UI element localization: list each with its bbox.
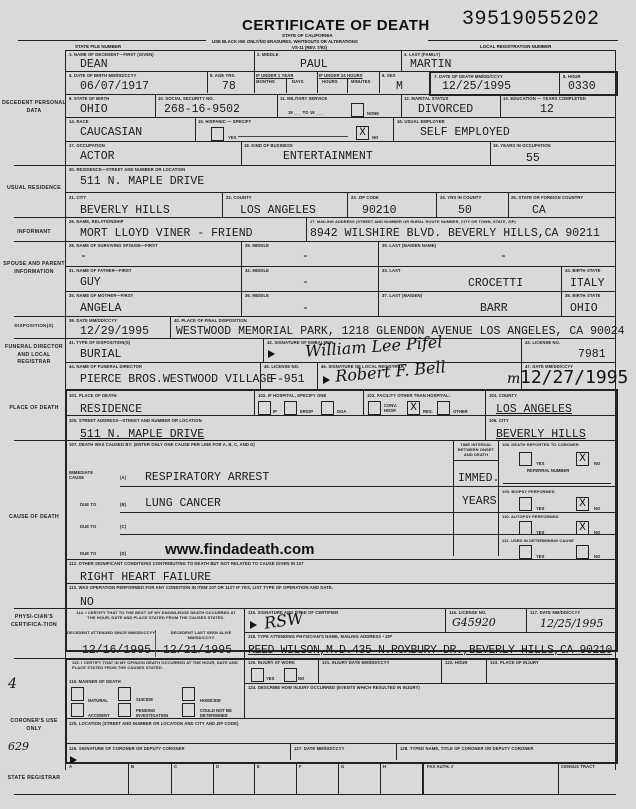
label-other: OTHER: [453, 409, 468, 414]
physician-name-address: REED WILSON,M.D.435 N.ROXBURY DR.,BEVERL…: [248, 644, 612, 657]
label-death-county: 104. COUNTY: [489, 393, 517, 398]
label-hospital-type: 102. IF HOSPITAL, SPECIFY ONE: [258, 393, 326, 398]
label-manner-of-death: 119. MANNER OF DEATH: [69, 679, 121, 684]
mother-middle: -: [302, 302, 309, 315]
label-undetermined: COULD NOT BE DETERMINED: [200, 708, 245, 718]
divider: [347, 192, 348, 217]
label-facility: 103. FACILITY OTHER THAN HOSPITAL:: [367, 393, 450, 398]
hospital-er-checkbox[interactable]: [284, 401, 297, 415]
label-immediate-cause: IMMEDIATE CAUSE: [69, 470, 99, 480]
residence-zip: 90210: [362, 204, 397, 217]
divider: [65, 743, 616, 744]
divider: [222, 192, 223, 217]
label-zip: 23. ZIP CODE: [351, 195, 379, 200]
mother-last: BARR: [480, 302, 508, 315]
registrar-col-g: G: [341, 764, 344, 769]
label-disposition-type: 41. TYPE OF DISPOSITION(S): [69, 340, 130, 345]
label-census-tract: CENSUS TRACT: [561, 764, 595, 769]
hour-of-death: 0330: [568, 80, 596, 93]
certificate-subtitle: STATE OF CALIFORNIA: [282, 33, 333, 38]
divider: [65, 117, 616, 118]
section-cause-of-death: CAUSE OF DEATH: [2, 514, 66, 522]
label-conv: CONV. HOSP.: [384, 403, 404, 413]
label-mailing-address: 27. MAILING ADDRESS (STREET AND NUMBER O…: [310, 219, 516, 224]
divider: [244, 683, 616, 684]
divider: [317, 71, 318, 93]
mother-birth-state: OHIO: [570, 302, 598, 315]
label-attended-since: DECEDENT ATTENDED SINCE MM/DD/CCYY: [66, 630, 156, 635]
coroner-no-checkbox[interactable]: X: [576, 452, 589, 466]
decedent-first-name: DEAN: [80, 58, 108, 71]
label-minutes: MINUTES: [351, 79, 371, 84]
embalmer-license: 7981: [578, 348, 606, 361]
facility-res-checkbox[interactable]: X: [407, 401, 420, 415]
interval-a: IMMED.: [458, 472, 499, 485]
divider: [18, 40, 206, 41]
divider: [286, 78, 287, 93]
manner-accident-checkbox[interactable]: [71, 703, 84, 717]
divider: [213, 762, 214, 794]
divider: [498, 440, 499, 556]
divider: [508, 192, 509, 217]
divider: [296, 762, 297, 794]
label-spouse-middle: 29. MIDDLE: [245, 243, 269, 248]
disposition-date: 12/29/1995: [80, 325, 149, 338]
label-due-to-b: DUE TO: [80, 502, 96, 507]
label-injury-description: 124. DESCRIBE HOW INJURY OCCURRED (EVENT…: [248, 685, 420, 690]
label-referral-number: REFERRAL NUMBER: [527, 468, 569, 473]
autopsy-yes-checkbox[interactable]: [519, 521, 532, 535]
label-funeral-director: 44. NAME OF FUNERAL DIRECTOR: [69, 364, 142, 369]
label-death-city: 106. CITY: [489, 418, 509, 423]
label-used-in-determining: 111. USED IN DETERMINING CAUSE: [502, 538, 574, 543]
label-city: 21. CITY: [69, 195, 86, 200]
cause-a: RESPIRATORY ARREST: [145, 471, 269, 484]
label-pending: PENDING INVESTIGATION: [136, 708, 181, 718]
label-death-street: 105. STREET ADDRESS—STREET AND NUMBER OR…: [69, 418, 202, 423]
divider: [453, 534, 615, 535]
section-state-registrar: STATE REGISTRAR: [2, 775, 66, 783]
divider: [436, 192, 437, 217]
divider: [490, 141, 491, 165]
label-years-in-occupation: 19. YEARS IN OCCUPATION: [493, 143, 551, 148]
label-yes: YES: [266, 676, 274, 681]
label-no: NO: [594, 530, 600, 535]
divider: [428, 40, 618, 41]
label-injury-location: 125. LOCATION (STREET AND NUMBER OR LOCA…: [69, 721, 238, 726]
registrar-col-d: D: [216, 764, 219, 769]
facility-other-checkbox[interactable]: [437, 401, 450, 415]
disposition-type: BURIAL: [80, 348, 121, 361]
label-race: 14. RACE: [69, 119, 89, 124]
date-of-death: 12/25/1995: [442, 80, 511, 93]
label-father-middle: 32. MIDDLE: [245, 268, 269, 273]
manner-suicide-checkbox[interactable]: [118, 687, 131, 701]
interval-b: YEARS: [462, 495, 497, 508]
label-fax-auth: FAX AUTH. #: [427, 764, 454, 769]
label-father-first: 31. NAME OF FATHER—FIRST: [69, 268, 132, 273]
state-of-birth: OHIO: [80, 103, 108, 116]
funeral-director: PIERCE BROS.WESTWOOD VILLAGE: [80, 373, 273, 386]
cause-letter-d: (D): [120, 551, 126, 556]
label-time-interval: TIME INTERVAL BETWEEN ONSET AND DEATH: [455, 442, 497, 457]
biopsy-yes-checkbox[interactable]: [519, 497, 532, 511]
label-yes: YES: [536, 461, 544, 466]
informant-name: MORT LLOYD VINER - FRIEND: [80, 227, 253, 240]
local-registration-number: 39519055202: [462, 8, 600, 31]
label-no: NO: [298, 676, 304, 681]
certify-date: 12/25/1995: [540, 617, 603, 630]
label-state: 25. STATE OR FOREIGN COUNTRY: [511, 195, 583, 200]
label-mother-middle: 36. MIDDLE: [245, 293, 269, 298]
divider: [254, 390, 255, 415]
label-father-last: 33. LAST: [382, 268, 401, 273]
label-no: NO: [594, 461, 600, 466]
section-place-of-death: PLACE OF DEATH: [2, 405, 66, 413]
certificate-instructions: USE BLACK INK ONLY/NO ERASURES, WHITEOUT…: [212, 39, 358, 44]
divider: [65, 559, 616, 560]
military-none-checkbox[interactable]: [351, 103, 364, 117]
divider: [401, 50, 402, 71]
label-yes: YES: [536, 530, 544, 535]
label-years-in-county: 24. YRS IN COUNTY: [440, 195, 481, 200]
hispanic-no-checkbox[interactable]: X: [356, 126, 369, 140]
label-informant-name: 26. NAME, RELATIONSHIP: [69, 219, 124, 224]
manner-undetermined-checkbox[interactable]: [182, 703, 195, 717]
age-years: 78: [222, 80, 236, 93]
divider: [14, 217, 616, 218]
label-state-of-birth: 9. STATE OF BIRTH: [69, 96, 109, 101]
label-under-1-year: IF UNDER 1 YEAR: [256, 73, 294, 78]
autopsy-no-checkbox[interactable]: X: [576, 521, 589, 535]
label-age: 5. AGE YRS.: [210, 73, 236, 78]
label-injury-date: 121. INJURY DATE MM/DD/CCYY: [322, 660, 390, 665]
label-reported-coroner: 108. DEATH REPORTED TO CORONER: [502, 442, 579, 447]
attended-since: 12/16/1995: [82, 644, 151, 657]
label-autopsy: 110. AUTOPSY PERFORMED: [502, 514, 559, 519]
label-caused-by: 107. DEATH WAS CAUSED BY: (ENTER ONLY ON…: [69, 442, 255, 447]
section-spouse-parent: SPOUSE AND PARENT INFORMATION: [2, 261, 66, 276]
father-first: GUY: [80, 276, 101, 289]
divider: [306, 217, 307, 241]
spouse-first: -: [80, 250, 87, 263]
label-ssn: 10. SOCIAL SECURITY NO.: [158, 96, 214, 101]
residence-city: BEVERLY HILLS: [80, 204, 170, 217]
label-under-24-hours: IF UNDER 24 HOURS: [319, 73, 363, 78]
label-operation: 113. WAS OPERATION PERFORMED FOR ANY CON…: [69, 585, 333, 590]
divider: [65, 141, 616, 142]
label-marital-status: 12. MARITAL STATUS: [404, 96, 449, 101]
divider: [14, 794, 616, 795]
label-homicide: HOMICIDE: [200, 698, 221, 703]
section-funeral-director: FUNERAL DIRECTOR AND LOCAL REGISTRAR: [2, 344, 66, 367]
divider: [441, 658, 442, 683]
spouse-middle: -: [302, 250, 309, 263]
divider: [14, 241, 616, 242]
label-biopsy: 109. BIOPSY PERFORMED: [502, 489, 555, 494]
residence-state: CA: [532, 204, 546, 217]
label-physician-name-address: 118. TYPE ATTENDING PHYSICIAN'S NAME, MA…: [248, 634, 392, 639]
label-ip: IP: [273, 409, 277, 414]
label-coroner-date: 127. DATE MM/DD/CCYY: [294, 746, 345, 751]
divider: [170, 316, 171, 338]
label-mother-first: 35. NAME OF MOTHER—FIRST: [69, 293, 133, 298]
label-kind-of-business: 18. KIND OF BUSINESS: [244, 143, 293, 148]
label-doa: DOA: [337, 409, 346, 414]
registrar-col-b: B: [131, 764, 134, 769]
divider: [363, 390, 364, 415]
decedent-middle-name: PAUL: [300, 58, 328, 71]
divider: [317, 362, 318, 389]
label-middle-name: 2. MIDDLE: [257, 52, 279, 57]
decedent-last-name: MARTIN: [410, 58, 451, 71]
cause-letter-a: (A): [120, 475, 126, 480]
label-physician-certify: 114. I CERTIFY THAT TO THE BEST OF MY KN…: [72, 610, 240, 620]
divider: [521, 338, 522, 362]
divider: [65, 94, 616, 95]
mother-first: ANGELA: [80, 302, 121, 315]
label-disposition-date: 39. DATE MM/DD/CCYY: [69, 318, 117, 323]
divider: [65, 718, 616, 719]
divider: [378, 241, 379, 316]
section-coroner: CORONER'S USE ONLY: [2, 718, 66, 733]
local-registration-label: LOCAL REGISTRATION NUMBER: [480, 44, 551, 49]
divider: [65, 415, 616, 416]
divider: [65, 583, 616, 584]
divider: [422, 762, 424, 794]
label-father-birth-state: 34. BIRTH STATE: [565, 268, 601, 273]
divider: [65, 291, 616, 292]
label-funeral-license: 45. LICENSE NO.: [264, 364, 299, 369]
divider: [453, 460, 498, 461]
label-last-seen: DECEDENT LAST SEEN ALIVE MM/DD/CCYY: [157, 630, 245, 640]
divider: [171, 762, 172, 794]
education-years: 12: [540, 103, 554, 116]
cause-line: [120, 512, 453, 513]
divider: [396, 743, 397, 760]
arrow-icon: [323, 376, 330, 384]
divider: [277, 94, 278, 117]
divider: [14, 338, 616, 339]
spouse-last: -: [500, 250, 507, 263]
label-usual-employer: 16. USUAL EMPLOYER: [397, 119, 445, 124]
label-education: 13. EDUCATION — YEARS COMPLETED: [503, 96, 586, 101]
divider: [254, 50, 255, 71]
label-certifier-license: 116. LICENSE NO.: [449, 610, 486, 615]
label-er: ER/OP: [300, 409, 313, 414]
cause-line: [120, 486, 453, 487]
label-last-name: 3. LAST (FAMILY): [404, 52, 440, 57]
label-mother-last: 37. LAST (MAIDEN): [382, 293, 422, 298]
last-seen-alive: 12/21/1995: [163, 644, 232, 657]
hospital-doa-checkbox[interactable]: [321, 401, 334, 415]
registrar-col-a: A: [69, 764, 72, 769]
divider: [526, 608, 527, 632]
label-coroner-signature: 126. SIGNATURE OF CORONER OR DEPUTY CORO…: [69, 746, 185, 751]
divider: [244, 658, 245, 718]
father-middle: -: [302, 276, 309, 289]
section-disposition: DISPOSITION(S): [2, 322, 66, 330]
label-months: MONTHS: [256, 79, 275, 84]
divider: [290, 743, 291, 760]
label-injury-hour: 122. HOUR: [445, 660, 468, 665]
injury-work-yes-checkbox[interactable]: [251, 668, 264, 682]
divider: [254, 762, 255, 794]
label-spouse-last: 30. LAST (MAIDEN NAME): [382, 243, 436, 248]
label-other-conditions: 112. OTHER SIGNIFICANT CONDITIONS CONTRI…: [69, 561, 304, 566]
referral-line: [503, 483, 611, 484]
label-hispanic: 15. HISPANIC — SPECIFY: [198, 119, 251, 124]
facility-conv-checkbox[interactable]: [368, 401, 381, 415]
divider: [379, 71, 380, 93]
registrar-col-f: F: [299, 764, 302, 769]
divider: [453, 512, 615, 513]
label-military-service: 11. MILITARY SERVICE: [280, 96, 327, 101]
injury-work-no-checkbox[interactable]: [284, 668, 297, 682]
section-informant: INFORMANT: [2, 229, 66, 237]
label-coroner-certify: 119. I CERTIFY THAT IN MY OPINION DEATH …: [72, 660, 240, 670]
kind-of-business: ENTERTAINMENT: [283, 150, 373, 163]
state-file-label: STATE FILE NUMBER: [75, 44, 121, 49]
specify-line: [238, 136, 348, 137]
label-place-of-disposition: 40. PLACE OF FINAL DISPOSITION: [174, 318, 247, 323]
label-days: DAYS: [292, 79, 304, 84]
label-spouse-first: 28. NAME OF SURVIVING SPOUSE—FIRST: [69, 243, 158, 248]
divider: [241, 241, 242, 316]
label-natural: NATURAL: [88, 698, 108, 703]
divider: [244, 608, 245, 658]
divider: [244, 632, 616, 633]
divider: [155, 94, 156, 117]
label-certify-date: 117. DATE MM/DD/CCYY: [530, 610, 580, 615]
label-first-name: 1. NAME OF DECEDENT—FIRST (GIVEN): [69, 52, 154, 57]
manner-pending-checkbox[interactable]: [118, 703, 131, 717]
usual-employer: SELF EMPLOYED: [420, 126, 510, 139]
label-res: RES.: [423, 409, 433, 414]
military-service-range: 19 ___ TO 19 ___: [288, 110, 323, 115]
hospital-ip-checkbox[interactable]: [258, 401, 271, 415]
label-place-of-injury: 123. PLACE OF INJURY: [490, 660, 539, 665]
divider: [318, 658, 319, 683]
funeral-license: F-951: [270, 373, 305, 386]
label-due-to-d: DUE TO: [80, 551, 96, 556]
certifier-license: G45920: [452, 616, 496, 629]
label-place-of-death: 101. PLACE OF DEATH: [69, 393, 117, 398]
biopsy-no-checkbox[interactable]: X: [576, 497, 589, 511]
hispanic-yes-checkbox[interactable]: [211, 127, 224, 141]
label-hour: 8. HOUR: [563, 74, 581, 79]
divider: [401, 94, 402, 117]
label-hours: HOURS: [322, 79, 338, 84]
divider: [241, 141, 242, 165]
residence-county: LOS ANGELES: [240, 204, 316, 217]
certificate-title: CERTIFICATE OF DEATH: [242, 17, 430, 34]
years-in-county: 50: [458, 204, 472, 217]
divider: [65, 362, 616, 363]
registrar-col-e: E: [257, 764, 260, 769]
label-residence: 20. RESIDENCE—STREET AND NUMBER OR LOCAT…: [69, 167, 185, 172]
registrar-initial: m: [507, 371, 520, 387]
marital-status: DIVORCED: [418, 103, 473, 116]
arrow-icon: [250, 621, 257, 629]
coroner-yes-checkbox[interactable]: [519, 452, 532, 466]
label-date-of-death: 7. DATE OF DEATH MM/DD/CCYY: [434, 74, 503, 79]
manner-natural-checkbox[interactable]: [71, 687, 84, 701]
cause-line: [120, 534, 453, 535]
divider: [155, 630, 156, 657]
section-decedent-personal-data: DECEDENT PERSONAL DATA: [2, 100, 66, 115]
divider: [380, 762, 381, 794]
divider: [347, 78, 348, 93]
label-no: NO: [372, 135, 378, 140]
registrar-col-h: H: [383, 764, 386, 769]
father-last: CROCETTI: [468, 277, 523, 290]
divider: [65, 266, 616, 267]
divider: [453, 440, 454, 556]
divider: [207, 71, 208, 93]
social-security-number: 268-16-9502: [164, 103, 240, 116]
divider: [14, 440, 616, 441]
divider: [445, 608, 446, 632]
determining-no-checkbox[interactable]: [576, 545, 589, 559]
watermark: www.findadeath.com: [165, 541, 314, 558]
divider: [14, 165, 616, 166]
cause-letter-c: (C): [120, 524, 126, 529]
section-usual-residence: USUAL RESIDENCE: [2, 185, 66, 193]
registrar-col-c: C: [174, 764, 177, 769]
sex: M: [396, 80, 403, 93]
date-of-birth: 06/07/1917: [80, 80, 149, 93]
cause-letter-b: (B): [120, 502, 126, 507]
father-birth-state: ITALY: [570, 277, 605, 290]
label-yes: YES: [536, 506, 544, 511]
divider: [263, 338, 264, 362]
label-occupation: 17. OCCUPATION: [69, 143, 105, 148]
divider: [486, 658, 487, 683]
divider: [65, 192, 616, 193]
label-embalmer-license: 43. LICENSE NO.: [525, 340, 560, 345]
determining-yes-checkbox[interactable]: [519, 545, 532, 559]
label-coroner-name: 128. TYPED NAME, TITLE OF CORONER OR DEP…: [400, 746, 533, 751]
label-sex: 6. SEX: [382, 73, 396, 78]
label-county: 22. COUNTY: [226, 195, 252, 200]
occupation: ACTOR: [80, 150, 115, 163]
divider: [558, 762, 559, 794]
section-physician-certification: PHYSI-CIAN'S CERTIFICA-TION: [2, 614, 66, 629]
years-in-occupation: 55: [526, 152, 540, 165]
label-mother-birth-state: 38. BIRTH STATE: [565, 293, 601, 298]
manner-homicide-checkbox[interactable]: [182, 687, 195, 701]
divider: [453, 486, 615, 487]
label-no: NO: [594, 506, 600, 511]
arrow-icon: [70, 756, 77, 764]
label-none: NONE: [367, 111, 379, 116]
informant-address: 8942 WILSHIRE BLVD. BEVERLY HILLS,CA 902…: [310, 227, 600, 240]
arrow-icon: [268, 350, 275, 358]
registration-date: 12/27/1995: [520, 367, 628, 388]
divider: [393, 117, 394, 141]
label-due-to-c: DUE TO: [80, 524, 96, 529]
divider: [338, 762, 339, 794]
divider: [260, 362, 261, 389]
margin-note: 4: [8, 676, 17, 692]
divider: [128, 762, 129, 794]
label-suicide: SUICIDE: [136, 697, 153, 702]
label-dob: 4. DATE OF BIRTH MM/DD/CCYY: [69, 73, 137, 78]
cause-b: LUNG CANCER: [145, 497, 221, 510]
divider: [195, 117, 196, 141]
residence-street: 511 N. MAPLE DRIVE: [80, 175, 204, 188]
